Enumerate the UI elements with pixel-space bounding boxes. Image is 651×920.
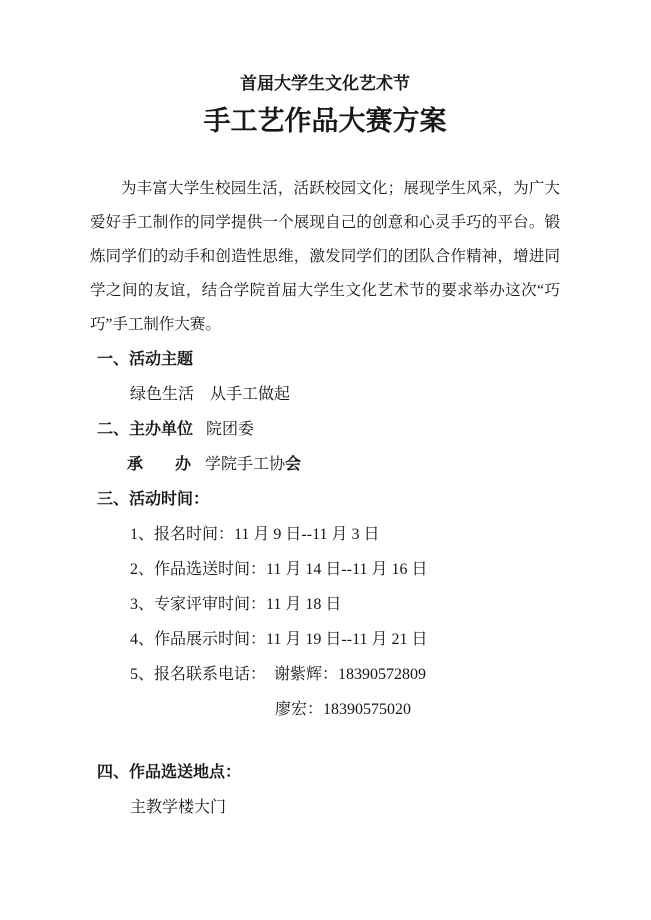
organizer-line: 承 办 学院手工协会 — [127, 447, 560, 482]
section2-heading: 二、主办单位 — [97, 421, 193, 438]
schedule-item-signup: 1、报名时间：11 月 9 日--11 月 3 日 — [130, 517, 560, 552]
organizer-label: 承 办 — [127, 447, 191, 482]
section2-host-value: 院团委 — [206, 421, 254, 438]
section1-content: 绿色生活 从手工做起 — [130, 377, 560, 412]
organizer-label-second: 办 — [175, 447, 191, 482]
document-title: 手工艺作品大赛方案 — [90, 102, 560, 140]
schedule-item-submission: 2、作品选送时间：11 月 14 日--11 月 16 日 — [130, 552, 560, 587]
schedule-item-review: 3、专家评审时间：11 月 18 日 — [130, 587, 560, 622]
section1-heading: 一、活动主题 — [97, 342, 560, 377]
section4-content: 主教学楼大门 — [130, 790, 560, 825]
organizer-label-first: 承 — [127, 447, 143, 482]
document-subtitle: 首届大学生文化艺术节 — [90, 72, 560, 96]
contact-line-2: 廖宏：18390575020 — [275, 692, 560, 727]
document-page: 首届大学生文化艺术节 手工艺作品大赛方案 为丰富大学生校园生活，活跃校园文化；展… — [0, 0, 651, 920]
organizer-value-regular: 学院手工协 — [205, 456, 285, 473]
blank-gap — [90, 727, 560, 755]
organizer-value-bold: 会 — [285, 456, 301, 473]
section2-heading-line: 二、主办单位院团委 — [97, 412, 560, 447]
organizer-value: 学院手工协会 — [205, 447, 301, 482]
intro-paragraph: 为丰富大学生校园生活，活跃校园文化；展现学生风采，为广大爱好手工制作的同学提供一… — [90, 172, 560, 342]
schedule-item-contact: 5、报名联系电话： 谢紫辉：18390572809 — [130, 657, 560, 692]
schedule-item-exhibition: 4、作品展示时间：11 月 19 日--11 月 21 日 — [130, 622, 560, 657]
section4-heading: 四、作品选送地点： — [97, 755, 560, 790]
section3-heading: 三、活动时间： — [97, 482, 560, 517]
